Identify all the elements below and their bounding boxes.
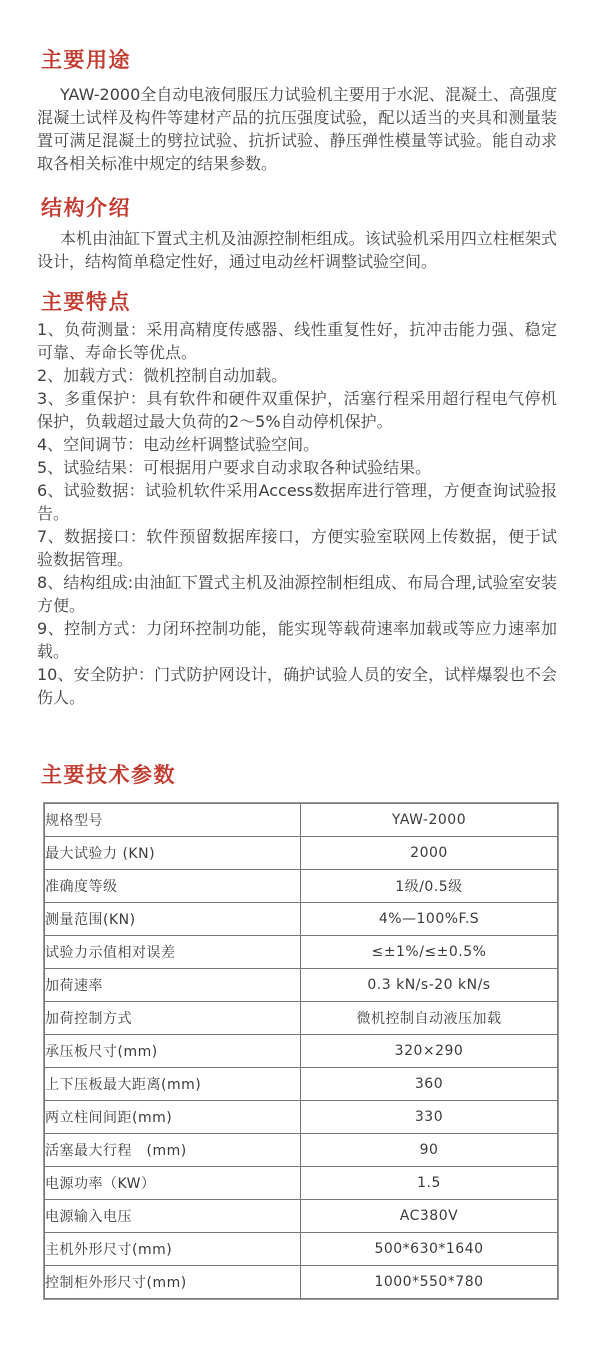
section-heading-parameters: 主要技术参数 xyxy=(41,763,606,787)
param-value-cell: 1000*550*780 xyxy=(301,1266,558,1299)
main-use-paragraph: YAW-2000全自动电液伺服压力试验机主要用于水泥、混凝土、高强度混凝土试样及… xyxy=(37,83,557,175)
structure-paragraph: 本机由油缸下置式主机及油源控制柜组成。该试验机采用四立柱框架式设计，结构简单稳定… xyxy=(37,227,557,273)
spec-table: 规格型号YAW-2000最大试验力 (KN)2000准确度等级1级/0.5级测量… xyxy=(44,803,558,1299)
table-row: 加荷速率0.3 kN/s-20 kN/s xyxy=(45,969,558,1002)
param-value-cell: 360 xyxy=(301,1068,558,1101)
param-label-cell: 主机外形尺寸(mm) xyxy=(45,1233,301,1266)
feature-item: 7、数据接口：软件预留数据库接口，方便实验室联网上传数据，便于试验数据管理。 xyxy=(37,525,557,571)
document-page: 主要用途 YAW-2000全自动电液伺服压力试验机主要用于水泥、混凝土、高强度混… xyxy=(0,0,606,1371)
param-value-cell: 微机控制自动液压加载 xyxy=(301,1002,558,1035)
param-label-cell: 试验力示值相对误差 xyxy=(45,936,301,969)
feature-item: 6、试验数据：试验机软件采用Access数据库进行管理，方便查询试验报告。 xyxy=(37,479,557,525)
param-value-cell: 2000 xyxy=(301,837,558,870)
param-label-cell: 两立柱间间距(mm) xyxy=(45,1101,301,1134)
feature-item: 1、负荷测量：采用高精度传感器、线性重复性好，抗冲击能力强、稳定可靠、寿命长等优… xyxy=(37,318,557,364)
feature-item: 10、安全防护：门式防护网设计，确护试验人员的安全，试样爆裂也不会伤人。 xyxy=(37,663,557,709)
table-row: 上下压板最大距离(mm)360 xyxy=(45,1068,558,1101)
param-label-cell: 加荷速率 xyxy=(45,969,301,1002)
feature-item: 8、结构组成:由油缸下置式主机及油源控制柜组成、布局合理,试验室安装方便。 xyxy=(37,571,557,617)
table-row: 试验力示值相对误差≤±1%/≤±0.5% xyxy=(45,936,558,969)
param-value-cell: AC380V xyxy=(301,1200,558,1233)
param-value-cell: ≤±1%/≤±0.5% xyxy=(301,936,558,969)
param-label-cell: 测量范围(KN) xyxy=(45,903,301,936)
table-row: 准确度等级1级/0.5级 xyxy=(45,870,558,903)
feature-item: 4、空间调节：电动丝杆调整试验空间。 xyxy=(37,433,557,456)
param-label-cell: 准确度等级 xyxy=(45,870,301,903)
param-label-cell: 规格型号 xyxy=(45,804,301,837)
table-row: 加荷控制方式微机控制自动液压加载 xyxy=(45,1002,558,1035)
param-label-cell: 电源功率（KW） xyxy=(45,1167,301,1200)
table-row: 规格型号YAW-2000 xyxy=(45,804,558,837)
param-value-cell: YAW-2000 xyxy=(301,804,558,837)
param-value-cell: 1级/0.5级 xyxy=(301,870,558,903)
param-value-cell: 330 xyxy=(301,1101,558,1134)
table-row: 承压板尺寸(mm)320×290 xyxy=(45,1035,558,1068)
param-value-cell: 90 xyxy=(301,1134,558,1167)
table-row: 电源功率（KW）1.5 xyxy=(45,1167,558,1200)
section-heading-features: 主要特点 xyxy=(41,290,606,314)
param-value-cell: 1.5 xyxy=(301,1167,558,1200)
feature-item: 3、多重保护：具有软件和硬件双重保护，活塞行程采用超行程电气停机保护，负载超过最… xyxy=(37,387,557,433)
section-heading-structure: 结构介绍 xyxy=(41,196,606,220)
feature-item: 9、控制方式：力闭环控制功能，能实现等载荷速率加载或等应力速率加载。 xyxy=(37,617,557,663)
param-label-cell: 电源输入电压 xyxy=(45,1200,301,1233)
param-value-cell: 0.3 kN/s-20 kN/s xyxy=(301,969,558,1002)
param-label-cell: 上下压板最大距离(mm) xyxy=(45,1068,301,1101)
param-label-cell: 控制柜外形尺寸(mm) xyxy=(45,1266,301,1299)
table-row: 控制柜外形尺寸(mm)1000*550*780 xyxy=(45,1266,558,1299)
param-value-cell: 320×290 xyxy=(301,1035,558,1068)
param-label-cell: 加荷控制方式 xyxy=(45,1002,301,1035)
table-row: 活塞最大行程 (mm)90 xyxy=(45,1134,558,1167)
feature-item: 5、试验结果：可根据用户要求自动求取各种试验结果。 xyxy=(37,456,557,479)
feature-item: 2、加载方式：微机控制自动加载。 xyxy=(37,364,557,387)
table-row: 测量范围(KN)4%—100%F.S xyxy=(45,903,558,936)
param-value-cell: 500*630*1640 xyxy=(301,1233,558,1266)
table-row: 主机外形尺寸(mm)500*630*1640 xyxy=(45,1233,558,1266)
param-label-cell: 最大试验力 (KN) xyxy=(45,837,301,870)
feature-list: 1、负荷测量：采用高精度传感器、线性重复性好，抗冲击能力强、稳定可靠、寿命长等优… xyxy=(37,318,557,709)
table-row: 最大试验力 (KN)2000 xyxy=(45,837,558,870)
table-row: 电源输入电压AC380V xyxy=(45,1200,558,1233)
table-row: 两立柱间间距(mm)330 xyxy=(45,1101,558,1134)
param-value-cell: 4%—100%F.S xyxy=(301,903,558,936)
param-label-cell: 承压板尺寸(mm) xyxy=(45,1035,301,1068)
section-heading-main-use: 主要用途 xyxy=(41,48,606,72)
param-label-cell: 活塞最大行程 (mm) xyxy=(45,1134,301,1167)
